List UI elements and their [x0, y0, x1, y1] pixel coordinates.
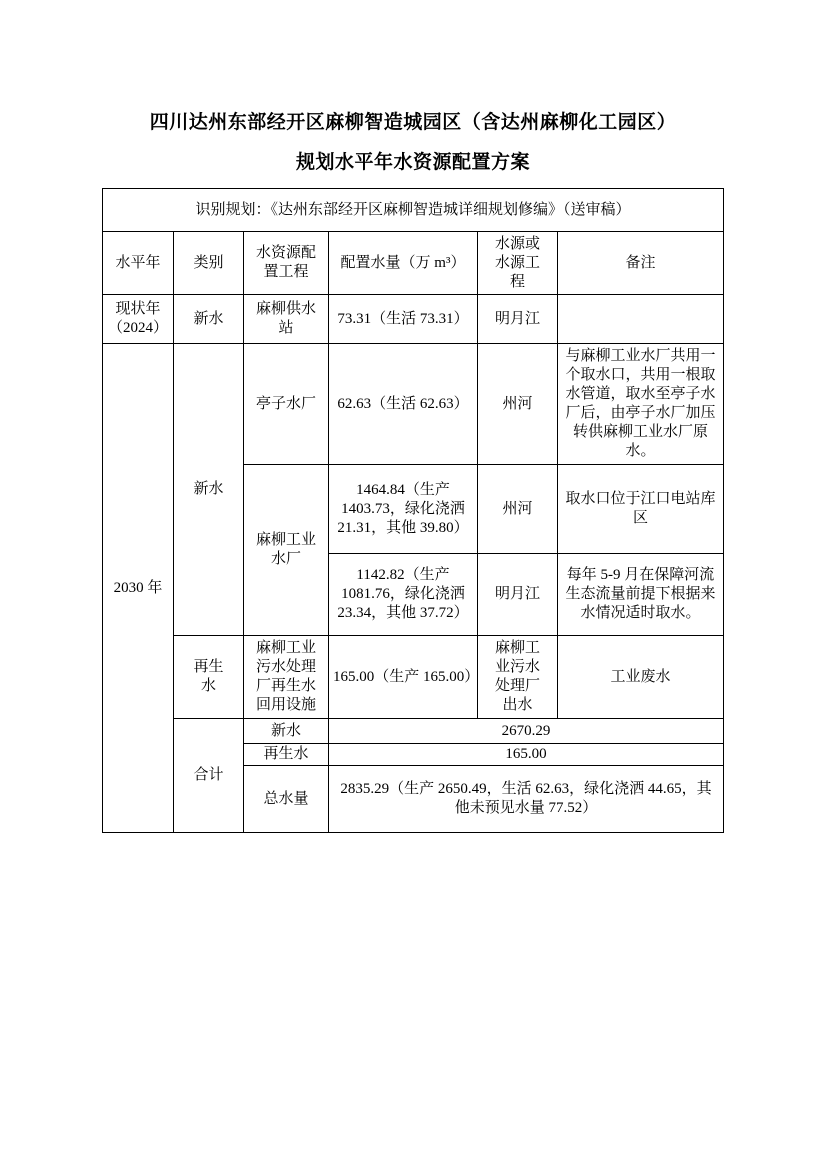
cell-volume-tingzi: 62.63（生活 62.63）: [329, 344, 478, 465]
water-allocation-table: 识别规划：《达州东部经开区麻柳智造城详细规划修编》（送审稿） 水平年 类别 水资…: [102, 188, 724, 833]
cell-total-fresh-value: 2670.29: [329, 719, 724, 744]
cell-project-tingzi-plant: 亭子水厂: [244, 344, 329, 465]
cell-total-fresh-label: 新水: [244, 719, 329, 744]
cell-horizon-2030: 2030 年: [103, 344, 174, 833]
cell-remark-ecological-flow: 每年 5-9 月在保障河流生态流量前提下根据来水情况适时取水。: [558, 554, 724, 636]
cell-volume-current: 73.31（生活 73.31）: [329, 295, 478, 344]
cell-project-wastewater-reuse-facility: 麻柳工业 污水处理 厂再生水 回用设施: [244, 636, 329, 719]
cell-project-maliu-supply-station: 麻柳供水 站: [244, 295, 329, 344]
header-horizon-year: 水平年: [103, 232, 174, 295]
row-total-fresh: 合计 新水 2670.29: [103, 719, 724, 744]
cell-total-sum-label: 总水量: [244, 766, 329, 833]
cell-source-zhouhe-maliu: 州河: [478, 465, 558, 554]
row-2030-recycled: 再生 水 麻柳工业 污水处理 厂再生水 回用设施 165.00（生产 165.0…: [103, 636, 724, 719]
cell-horizon-current-year: 现状年 （2024）: [103, 295, 174, 344]
cell-volume-maliu-zhouhe: 1464.84（生产 1403.73，绿化浇洒 21.31，其他 39.80）: [329, 465, 478, 554]
header-water-source: 水源或 水源工 程: [478, 232, 558, 295]
cell-remark-tingzi: 与麻柳工业水厂共用一个取水口，共用一根取水管道，取水至亭子水厂后，由亭子水厂加压…: [558, 344, 724, 465]
cell-total-recycled-label: 再生水: [244, 744, 329, 766]
document-subtitle: 规划水平年水资源配置方案: [0, 150, 826, 176]
header-row: 水平年 类别 水资源配 置工程 配置水量（万 m³） 水源或 水源工 程 备注: [103, 232, 724, 295]
cell-remark-current: [558, 295, 724, 344]
cell-category-recycled-water: 再生 水: [174, 636, 244, 719]
cell-remark-jiangkou-station: 取水口位于江口电站库区: [558, 465, 724, 554]
cell-source-mingyuejiang-current: 明月江: [478, 295, 558, 344]
cell-total-recycled-value: 165.00: [329, 744, 724, 766]
cell-total-sum-value: 2835.29（生产 2650.49，生活 62.63，绿化浇洒 44.65，其…: [329, 766, 724, 833]
cell-volume-recycled: 165.00（生产 165.00）: [329, 636, 478, 719]
header-allocation-project: 水资源配 置工程: [244, 232, 329, 295]
cell-category-total: 合计: [174, 719, 244, 833]
row-2030-tingzi: 2030 年 新水 亭子水厂 62.63（生活 62.63） 州河 与麻柳工业水…: [103, 344, 724, 465]
row-current-year: 现状年 （2024） 新水 麻柳供水 站 73.31（生活 73.31） 明月江: [103, 295, 724, 344]
header-category: 类别: [174, 232, 244, 295]
cell-category-current-fresh: 新水: [174, 295, 244, 344]
cell-project-maliu-industrial-plant: 麻柳工业 水厂: [244, 465, 329, 636]
cell-category-2030-fresh: 新水: [174, 344, 244, 636]
cell-remark-industrial-wastewater: 工业废水: [558, 636, 724, 719]
cell-volume-maliu-mingyue: 1142.82（生产 1081.76，绿化浇洒 23.34，其他 37.72）: [329, 554, 478, 636]
cell-source-wastewater-plant-outflow: 麻柳工 业污水 处理厂 出水: [478, 636, 558, 719]
document-page: 四川达州东部经开区麻柳智造城园区（含达州麻柳化工园区） 规划水平年水资源配置方案…: [0, 0, 826, 1169]
identification-row: 识别规划：《达州东部经开区麻柳智造城详细规划修编》（送审稿）: [103, 189, 724, 232]
header-remark: 备注: [558, 232, 724, 295]
identification-plan-cell: 识别规划：《达州东部经开区麻柳智造城详细规划修编》（送审稿）: [103, 189, 724, 232]
document-title: 四川达州东部经开区麻柳智造城园区（含达州麻柳化工园区）: [0, 110, 826, 136]
header-allocated-volume: 配置水量（万 m³）: [329, 232, 478, 295]
cell-source-mingyuejiang-maliu: 明月江: [478, 554, 558, 636]
cell-source-zhouhe-tingzi: 州河: [478, 344, 558, 465]
